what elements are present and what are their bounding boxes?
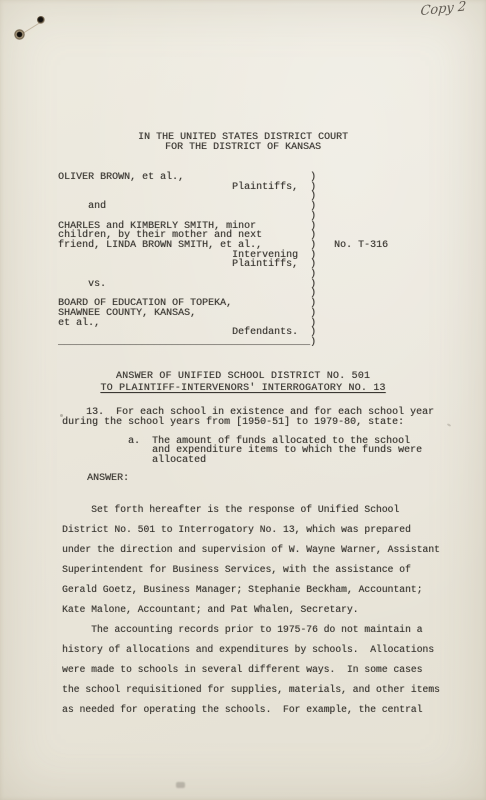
answer-label: ANSWER: — [87, 474, 129, 484]
answer-paragraph-1: Set forth hereafter is the response of U… — [62, 500, 440, 620]
handwritten-copy-note: Copy 2 — [420, 0, 467, 19]
staple-hole-mark — [14, 29, 25, 40]
court-header-line2: FOR THE DISTRICT OF KANSAS — [165, 142, 321, 153]
document-title-line1: ANSWER OF UNIFIED SCHOOL DISTRICT NO. 50… — [116, 371, 370, 382]
court-header: IN THE UNITED STATES DISTRICT COURT FOR … — [0, 133, 486, 153]
case-number: No. T-316 — [334, 241, 388, 251]
ink-speck — [447, 423, 451, 427]
document-title: ANSWER OF UNIFIED SCHOOL DISTRICT NO. 50… — [0, 371, 486, 394]
interrogatory-question: 13. For each school in existence and for… — [62, 408, 434, 427]
answer-paragraph-2: The accounting records prior to 1975-76 … — [62, 620, 440, 720]
staple-hole-mark — [37, 16, 45, 24]
interrogatory-subitem-a: a. The amount of funds allocated to the … — [62, 437, 422, 466]
document-title-line2: TO PLAINTIFF-INTERVENORS' INTERROGATORY … — [100, 383, 385, 394]
case-caption-parties: OLIVER BROWN, et al., ) Plaintiffs, ) ) … — [58, 173, 316, 348]
bottom-smudge-mark — [176, 782, 185, 788]
document-page: Copy 2 IN THE UNITED STATES DISTRICT COU… — [0, 0, 486, 800]
ink-speck — [60, 414, 63, 417]
